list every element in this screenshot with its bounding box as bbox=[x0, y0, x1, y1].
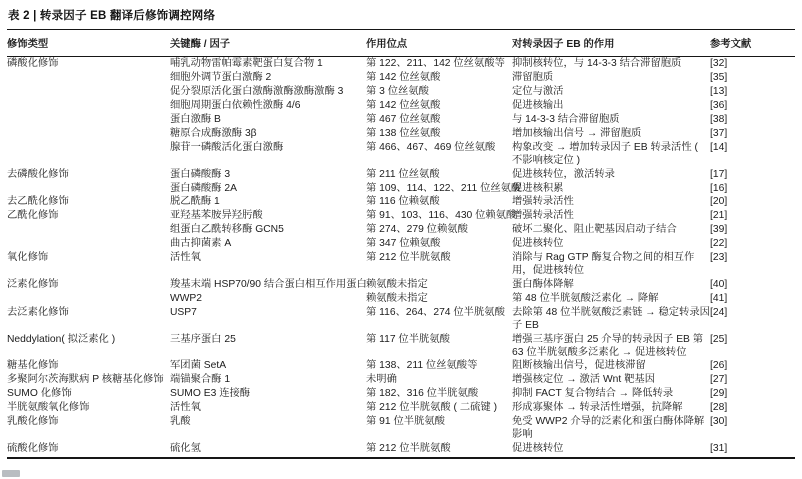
cell-enzyme: USP7 bbox=[170, 305, 366, 319]
column-header-key-enzyme: 关键酶 / 因子 bbox=[170, 30, 366, 56]
cell-site: 第 274、279 位赖氨酸 bbox=[366, 223, 512, 237]
cell-site: 未明确 bbox=[366, 373, 512, 387]
cell-effect: 第 48 位半胱氨酸泛素化 → 降解 bbox=[512, 291, 710, 305]
cell-enzyme: 乳酸 bbox=[170, 415, 366, 429]
horizontal-scrollbar-thumb[interactable] bbox=[2, 470, 20, 477]
cell-reference: [27] bbox=[710, 373, 795, 387]
cell-enzyme: 硫化氢 bbox=[170, 441, 366, 455]
cell-site: 第 116 位赖氨酸 bbox=[366, 195, 512, 209]
column-header-site: 作用位点 bbox=[366, 30, 512, 56]
table-row: 糖原合成酶激酶 3β第 138 位丝氨酸增加核输出信号 → 滞留胞质[37] bbox=[7, 126, 795, 140]
cell-enzyme: 促分裂原活化蛋白激酶激酶激酶激酶 3 bbox=[170, 85, 366, 99]
table-body: 磷酸化修饰哺乳动物雷帕霉素靶蛋白复合物 1第 122、211、142 位丝氨酸等… bbox=[7, 57, 795, 455]
cell-enzyme: SUMO E3 连接酶 bbox=[170, 387, 366, 401]
table-row: 腺苷一磷酸活化蛋白激酶第 466、467、469 位丝氨酸构象改变 → 增加转录… bbox=[7, 140, 795, 167]
cell-enzyme: 蛋白磷酸酶 2A bbox=[170, 181, 366, 195]
table-row: 促分裂原活化蛋白激酶激酶激酶激酶 3第 3 位丝氨酸定位与激活[13] bbox=[7, 85, 795, 99]
table-row: 乙酰化修饰亚羟基苯胺异羟肟酸第 91、103、116、430 位赖氨酸增强转录活… bbox=[7, 209, 795, 223]
cell-effect: 消除与 Rag GTP 酶复合物之间的相互作用，促进核转位 bbox=[512, 251, 710, 278]
cell-reference: [37] bbox=[710, 126, 795, 140]
cell-effect: 滞留胞质 bbox=[512, 71, 710, 85]
cell-modification-type: Neddylation( 拟泛素化 ) bbox=[7, 332, 170, 346]
cell-modification-type bbox=[7, 71, 170, 72]
cell-modification-type bbox=[7, 85, 170, 86]
cell-effect: 增加核输出信号 → 滞留胞质 bbox=[512, 126, 710, 140]
cell-effect: 促进核转位 bbox=[512, 441, 710, 455]
cell-reference: [22] bbox=[710, 237, 795, 251]
cell-effect: 抑制 FACT 复合物结合 → 降低转录 bbox=[512, 387, 710, 401]
cell-reference: [28] bbox=[710, 401, 795, 415]
cell-effect: 破坏二聚化、阻止靶基因启动子结合 bbox=[512, 223, 710, 237]
cell-modification-type: 半胱氨酸氧化修饰 bbox=[7, 401, 170, 415]
cell-site: 第 142 位丝氨酸 bbox=[366, 71, 512, 85]
cell-modification-type: 去乙酰化修饰 bbox=[7, 195, 170, 209]
table-row: SUMO 化修饰SUMO E3 连接酶第 182、316 位半胱氨酸抑制 FAC… bbox=[7, 387, 795, 401]
table-row: 磷酸化修饰哺乳动物雷帕霉素靶蛋白复合物 1第 122、211、142 位丝氨酸等… bbox=[7, 57, 795, 71]
cell-reference: [14] bbox=[710, 140, 795, 154]
column-header-modification-type: 修饰类型 bbox=[7, 30, 170, 56]
cell-modification-type bbox=[7, 181, 170, 182]
cell-effect: 抑制核转位，与 14-3-3 结合滞留胞质 bbox=[512, 57, 710, 71]
cell-site: 第 212 位半胱氨酸 ( 二硫键 ) bbox=[366, 401, 512, 415]
cell-enzyme: 亚羟基苯胺异羟肟酸 bbox=[170, 209, 366, 223]
cell-reference: [31] bbox=[710, 441, 795, 455]
table-bottom-rule bbox=[7, 457, 795, 459]
table-row: 去泛素化修饰USP7第 116、264、274 位半胱氨酸去除第 48 位半胱氨… bbox=[7, 305, 795, 332]
cell-modification-type: 多聚阿尔茨海默病 P 核糖基化修饰 bbox=[7, 373, 170, 387]
cell-effect: 定位与激活 bbox=[512, 85, 710, 99]
cell-modification-type: SUMO 化修饰 bbox=[7, 387, 170, 401]
cell-effect: 促进核积累 bbox=[512, 181, 710, 195]
cell-effect: 阻断核输出信号，促进核滞留 bbox=[512, 359, 710, 373]
cell-reference: [16] bbox=[710, 181, 795, 195]
table-title: 表 2 | 转录因子 EB 翻译后修饰调控网络 bbox=[8, 7, 795, 23]
cell-modification-type bbox=[7, 237, 170, 238]
table-row: 去乙酰化修饰脱乙酰酶 1第 116 位赖氨酸增强转录活性[20] bbox=[7, 195, 795, 209]
table-row: 氧化修饰活性氧第 212 位半胱氨酸消除与 Rag GTP 酶复合物之间的相互作… bbox=[7, 251, 795, 278]
cell-modification-type: 去泛素化修饰 bbox=[7, 305, 170, 319]
cell-site: 第 466、467、469 位丝氨酸 bbox=[366, 140, 512, 154]
cell-effect: 形成寡聚体 → 转录活性增强，抗降解 bbox=[512, 401, 710, 415]
cell-enzyme: 活性氧 bbox=[170, 401, 366, 415]
cell-enzyme: 细胞外调节蛋白激酶 2 bbox=[170, 71, 366, 85]
cell-modification-type bbox=[7, 113, 170, 114]
table-row: 硫酸化修饰硫化氢第 212 位半胱氨酸促进核转位[31] bbox=[7, 441, 795, 455]
cell-reference: [38] bbox=[710, 113, 795, 127]
cell-modification-type: 糖基化修饰 bbox=[7, 359, 170, 373]
cell-modification-type: 泛素化修饰 bbox=[7, 277, 170, 291]
cell-reference: [29] bbox=[710, 387, 795, 401]
cell-reference: [24] bbox=[710, 305, 795, 319]
cell-effect: 增强三基序蛋白 25 介导的转录因子 EB 第 63 位半胱氨酸多泛素化 → 促… bbox=[512, 332, 710, 359]
table-row: 泛素化修饰羧基末端 HSP70/90 结合蛋白相互作用蛋白赖氨酸未指定蛋白酶体降… bbox=[7, 277, 795, 291]
cell-enzyme: 糖原合成酶激酶 3β bbox=[170, 126, 366, 140]
cell-effect: 与 14-3-3 结合滞留胞质 bbox=[512, 113, 710, 127]
cell-modification-type bbox=[7, 140, 170, 141]
cell-site: 第 347 位赖氨酸 bbox=[366, 237, 512, 251]
cell-site: 第 212 位半胱氨酸 bbox=[366, 441, 512, 455]
cell-effect: 促进核转位 bbox=[512, 237, 710, 251]
cell-site: 第 467 位丝氨酸 bbox=[366, 113, 512, 127]
table-row: 组蛋白乙酰转移酶 GCN5第 274、279 位赖氨酸破坏二聚化、阻止靶基因启动… bbox=[7, 223, 795, 237]
cell-site: 赖氨酸未指定 bbox=[366, 291, 512, 305]
cell-effect: 去除第 48 位半胱氨酸泛素链 → 稳定转录因子 EB bbox=[512, 305, 710, 332]
table-row: 蛋白激酶 B第 467 位丝氨酸与 14-3-3 结合滞留胞质[38] bbox=[7, 113, 795, 127]
cell-site: 第 117 位半胱氨酸 bbox=[366, 332, 512, 346]
paper-table-page: 表 2 | 转录因子 EB 翻译后修饰调控网络 修饰类型 关键酶 / 因子 作用… bbox=[0, 0, 802, 479]
cell-site: 第 142 位丝氨酸 bbox=[366, 99, 512, 113]
cell-modification-type: 去磷酸化修饰 bbox=[7, 167, 170, 181]
cell-modification-type bbox=[7, 126, 170, 127]
cell-site: 第 138 位丝氨酸 bbox=[366, 126, 512, 140]
cell-site: 第 212 位半胱氨酸 bbox=[366, 251, 512, 265]
cell-enzyme: 曲古抑菌素 A bbox=[170, 237, 366, 251]
cell-reference: [23] bbox=[710, 251, 795, 265]
cell-modification-type bbox=[7, 223, 170, 224]
cell-reference: [25] bbox=[710, 332, 795, 346]
cell-enzyme: 蛋白激酶 B bbox=[170, 113, 366, 127]
cell-reference: [35] bbox=[710, 71, 795, 85]
cell-site: 第 138、211 位丝氨酸等 bbox=[366, 359, 512, 373]
cell-effect: 蛋白酶体降解 bbox=[512, 277, 710, 291]
cell-enzyme: 三基序蛋白 25 bbox=[170, 332, 366, 346]
column-header-reference: 参考文献 bbox=[710, 30, 795, 56]
cell-reference: [30] bbox=[710, 415, 795, 429]
table-row: 半胱氨酸氧化修饰活性氧第 212 位半胱氨酸 ( 二硫键 )形成寡聚体 → 转录… bbox=[7, 401, 795, 415]
cell-site: 第 116、264、274 位半胱氨酸 bbox=[366, 305, 512, 319]
cell-effect: 构象改变 → 增加转录因子 EB 转录活性 ( 不影响核定位 ) bbox=[512, 140, 710, 167]
cell-modification-type: 氧化修饰 bbox=[7, 251, 170, 265]
cell-site: 赖氨酸未指定 bbox=[366, 277, 512, 291]
cell-reference: [17] bbox=[710, 167, 795, 181]
cell-enzyme: 端锚聚合酶 1 bbox=[170, 373, 366, 387]
table-row: 曲古抑菌素 A第 347 位赖氨酸促进核转位[22] bbox=[7, 237, 795, 251]
cell-site: 第 182、316 位半胱氨酸 bbox=[366, 387, 512, 401]
cell-effect: 免受 WWP2 介导的泛素化和蛋白酶体降解影响 bbox=[512, 415, 710, 442]
cell-site: 第 91 位半胱氨酸 bbox=[366, 415, 512, 429]
table-row: 细胞外调节蛋白激酶 2第 142 位丝氨酸滞留胞质[35] bbox=[7, 71, 795, 85]
cell-reference: [32] bbox=[710, 57, 795, 71]
cell-enzyme: 军团菌 SetA bbox=[170, 359, 366, 373]
cell-site: 第 122、211、142 位丝氨酸等 bbox=[366, 57, 512, 71]
cell-reference: [21] bbox=[710, 209, 795, 223]
cell-enzyme: 蛋白磷酸酶 3 bbox=[170, 167, 366, 181]
cell-reference: [26] bbox=[710, 359, 795, 373]
cell-effect: 促进核转位，激活转录 bbox=[512, 167, 710, 181]
column-header-effect: 对转录因子 EB 的作用 bbox=[512, 30, 710, 56]
cell-reference: [36] bbox=[710, 99, 795, 113]
cell-enzyme: 腺苷一磷酸活化蛋白激酶 bbox=[170, 140, 366, 154]
cell-effect: 增强转录活性 bbox=[512, 195, 710, 209]
cell-modification-type bbox=[7, 291, 170, 292]
cell-reference: [41] bbox=[710, 291, 795, 305]
cell-modification-type bbox=[7, 99, 170, 100]
table-row: 细胞周期蛋白依赖性激酶 4/6第 142 位丝氨酸促进核输出[36] bbox=[7, 99, 795, 113]
table-row: WWP2赖氨酸未指定第 48 位半胱氨酸泛素化 → 降解[41] bbox=[7, 291, 795, 305]
cell-site: 第 3 位丝氨酸 bbox=[366, 85, 512, 99]
cell-enzyme: 组蛋白乙酰转移酶 GCN5 bbox=[170, 223, 366, 237]
table-row: 去磷酸化修饰蛋白磷酸酶 3第 211 位丝氨酸促进核转位，激活转录[17] bbox=[7, 167, 795, 181]
cell-reference: [40] bbox=[710, 277, 795, 291]
cell-enzyme: 哺乳动物雷帕霉素靶蛋白复合物 1 bbox=[170, 57, 366, 71]
cell-modification-type: 硫酸化修饰 bbox=[7, 441, 170, 455]
table-row: 乳酸化修饰乳酸第 91 位半胱氨酸免受 WWP2 介导的泛素化和蛋白酶体降解影响… bbox=[7, 415, 795, 442]
cell-modification-type: 磷酸化修饰 bbox=[7, 57, 170, 71]
table-row: 糖基化修饰军团菌 SetA第 138、211 位丝氨酸等阻断核输出信号，促进核滞… bbox=[7, 359, 795, 373]
cell-reference: [20] bbox=[710, 195, 795, 209]
cell-modification-type: 乳酸化修饰 bbox=[7, 415, 170, 429]
cell-enzyme: 羧基末端 HSP70/90 结合蛋白相互作用蛋白 bbox=[170, 277, 366, 291]
table-row: 蛋白磷酸酶 2A第 109、114、122、211 位丝氨酸促进核积累[16] bbox=[7, 181, 795, 195]
cell-enzyme: 活性氧 bbox=[170, 251, 366, 265]
cell-site: 第 91、103、116、430 位赖氨酸 bbox=[366, 209, 512, 223]
table-row: 多聚阿尔茨海默病 P 核糖基化修饰端锚聚合酶 1未明确增强核定位 → 激活 Wn… bbox=[7, 373, 795, 387]
cell-reference: [13] bbox=[710, 85, 795, 99]
cell-site: 第 211 位丝氨酸 bbox=[366, 167, 512, 181]
table-row: Neddylation( 拟泛素化 )三基序蛋白 25第 117 位半胱氨酸增强… bbox=[7, 332, 795, 359]
cell-site: 第 109、114、122、211 位丝氨酸 bbox=[366, 181, 512, 195]
cell-effect: 增强核定位 → 激活 Wnt 靶基因 bbox=[512, 373, 710, 387]
table-header-row: 修饰类型 关键酶 / 因子 作用位点 对转录因子 EB 的作用 参考文献 bbox=[7, 30, 795, 56]
cell-enzyme: WWP2 bbox=[170, 291, 366, 305]
cell-enzyme: 细胞周期蛋白依赖性激酶 4/6 bbox=[170, 99, 366, 113]
cell-effect: 促进核输出 bbox=[512, 99, 710, 113]
cell-reference: [39] bbox=[710, 223, 795, 237]
cell-effect: 增强转录活性 bbox=[512, 209, 710, 223]
cell-modification-type: 乙酰化修饰 bbox=[7, 209, 170, 223]
cell-enzyme: 脱乙酰酶 1 bbox=[170, 195, 366, 209]
